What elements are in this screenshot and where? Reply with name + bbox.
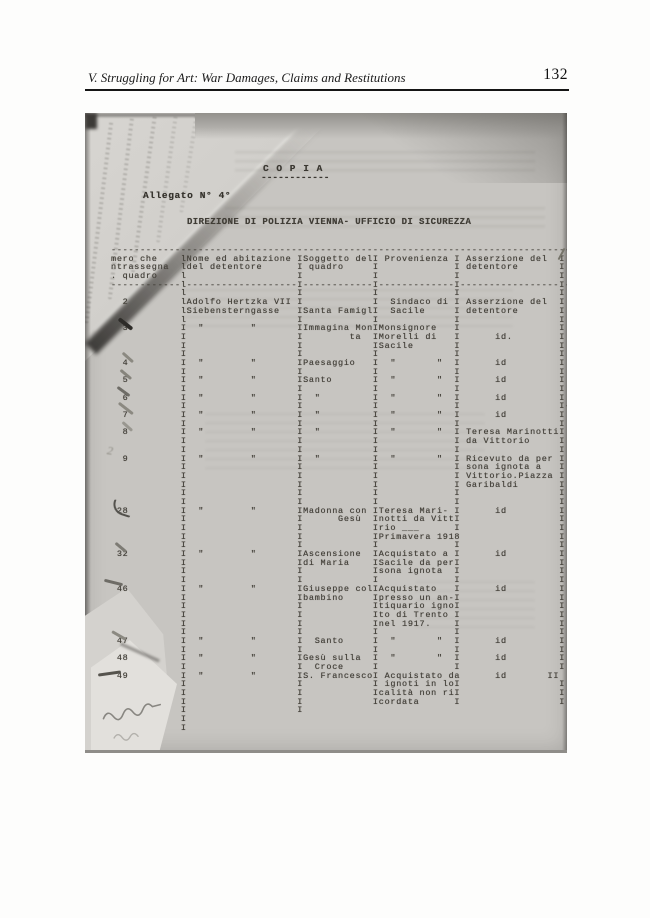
document-heading: DIREZIONE DI POLIZIA VIENNA- UFFICIO DI … <box>187 217 471 227</box>
torn-paper <box>85 588 222 753</box>
typed-line: mero che lNome ed abitazione ISoggetto d… <box>111 255 567 264</box>
typed-line: ----------------------------------------… <box>111 246 567 255</box>
typed-line: I Idi Maria ISacile da perI I <box>111 559 567 568</box>
typed-line: 49 I " " IS. FrancescoI Acquistato da id… <box>111 672 567 681</box>
fold-ghost-text <box>131 114 157 273</box>
scanned-document-photo: C O P I A ------------ Allegato N° 4° DI… <box>85 113 567 753</box>
typed-line: I I Isona ignota I I <box>111 567 567 576</box>
typed-line: I I ISacile I I <box>111 342 567 351</box>
typed-line: I I Icordata I I <box>111 698 567 707</box>
typed-table: ----------------------------------------… <box>111 246 567 733</box>
typed-line: I I I I Garibaldi I <box>111 481 567 490</box>
bleed-through-text <box>235 151 535 175</box>
typed-line: I I Gesù Inotti da VittI I <box>111 515 567 524</box>
typed-line: I I I I I <box>111 350 567 359</box>
pen-mark-row-49 <box>98 670 121 676</box>
typed-line: 4 I " " IPaesaggio I " " I id I <box>111 359 567 368</box>
header-rule <box>85 89 569 91</box>
typed-line: I I Irio ___ I I <box>111 524 567 533</box>
bleed-through-text <box>225 207 545 233</box>
typed-line: 32 I " " IAscensione IAcquistato a I id … <box>111 550 567 559</box>
fold-shadow <box>85 113 340 355</box>
typed-line: 7 I " " I " I " " I id I <box>111 411 567 420</box>
typed-line: I <box>111 724 567 733</box>
allegato-label: Allegato N° 4° <box>143 190 231 201</box>
typed-line: I I Inel 1917. I I <box>111 620 567 629</box>
photo-left-edge <box>85 113 91 750</box>
typed-line: 28 I " " IMadonna con ITeresa Mari- I id… <box>111 507 567 516</box>
typed-line: I I Icalità non riI I <box>111 689 567 698</box>
typed-line: I I Ito di Trento I I <box>111 611 567 620</box>
copia-title: C O P I A <box>263 163 323 174</box>
typed-line: lSiebensterngasse ISanta FamiglI Sacile … <box>111 307 567 316</box>
fold-crease <box>94 113 337 332</box>
typed-line: I I <box>111 706 567 715</box>
pen-mark-header <box>558 248 566 260</box>
fold-ghost-text <box>156 113 178 242</box>
photo-right-edge <box>562 113 567 750</box>
typed-line: 3 I " " IImmagina MonIMonsignore I I <box>111 324 567 333</box>
typed-line: I I I I da Vittorio I <box>111 437 567 446</box>
typed-line: I I I I Vittorio.Piazza I <box>111 472 567 481</box>
bleed-through-text <box>415 581 535 635</box>
pen-mark-row-4 <box>122 352 134 363</box>
typed-line: . quadro l I I I I <box>111 272 567 281</box>
book-page-number: 132 <box>543 66 568 84</box>
typed-line: I I I I I <box>111 541 567 550</box>
typed-line: I I ta IMorelli di I id. I <box>111 333 567 342</box>
typed-line: 9 I " " I " I " " I Ricevuto da per I <box>111 455 567 464</box>
typed-line: I I Croce I I I <box>111 663 567 672</box>
fold-ghost-text <box>179 113 199 212</box>
typed-line: 8 I " " I " I " " I Teresa MarinottiI <box>111 428 567 437</box>
fold-ghost-text <box>108 115 135 299</box>
pen-mark-row-6 <box>117 386 131 397</box>
photo-top-shade <box>195 113 567 139</box>
typed-line: I I I I I <box>111 576 567 585</box>
photo-corner-dark <box>85 113 97 129</box>
photo-topright-shade <box>337 113 567 183</box>
typed-line: I I I I I <box>111 385 567 394</box>
book-header-title: V. Struggling for Art: War Damages, Clai… <box>88 70 406 86</box>
typed-line: I I I I I- <box>111 402 567 411</box>
typed-line: 2 lAdolfo Hertzka VII I I Sindaco di I A… <box>111 298 567 307</box>
typed-line: I I I I I <box>111 368 567 377</box>
typed-line: I I I ignoti in loI I <box>111 680 567 689</box>
pen-mark-row-3 <box>118 317 134 331</box>
copia-underline: ------------ <box>261 172 329 183</box>
pen-mark-row-46 <box>104 579 123 587</box>
typed-line: l I I I I <box>111 316 567 325</box>
typed-line: ------------l-------------------I-------… <box>111 281 567 290</box>
typed-line: I I I I sona ignota a I <box>111 463 567 472</box>
typed-line: l I I I I <box>111 289 567 298</box>
typed-line: 5 I " " ISanto I " " I id I <box>111 376 567 385</box>
pen-mark-row-28 <box>110 499 133 518</box>
handwriting-scribble-small <box>113 730 144 742</box>
typed-line: 46 I " " IGiuseppe colIAcquistato I id I <box>111 585 567 594</box>
typed-line: I I I I I <box>111 628 567 637</box>
pen-mark-row-5 <box>120 369 132 380</box>
typed-line: I I Itiquario ignoI I <box>111 602 567 611</box>
pen-mark-row-8 <box>122 421 133 432</box>
torn-crease <box>120 643 160 663</box>
fold-ghost-text <box>85 120 113 324</box>
typed-line: ntrassegna ldel detentore I quadro I I d… <box>111 263 567 272</box>
typed-line: 6 I " " I " I " " I id I <box>111 394 567 403</box>
pen-mark-row-9: 2 <box>106 443 122 459</box>
photo-top-edge <box>85 113 567 117</box>
bleed-through-text <box>205 413 485 471</box>
typed-line: I I I I I <box>111 420 567 429</box>
typed-line: I <box>111 715 567 724</box>
typed-line: 48 I " " IGesù sulla I " " I id I <box>111 654 567 663</box>
typed-line: I Ibambino Ipresso un an-I I <box>111 594 567 603</box>
typed-line: I I I I I <box>111 498 567 507</box>
pen-mark-row-32 <box>115 542 127 553</box>
pen-mark-row-7 <box>118 402 134 415</box>
handwriting-scribble <box>100 701 165 725</box>
typed-line: I I IPrimavera 1918 I <box>111 533 567 542</box>
torn-paper-light <box>91 640 177 750</box>
pen-mark-row-47 <box>111 630 126 640</box>
folded-page-corner <box>85 113 337 361</box>
typed-line: I I I I I <box>111 446 567 455</box>
typed-line: I I I I I <box>111 489 567 498</box>
bleed-through-text <box>183 289 513 327</box>
typed-line: 47 I " " I Santo I " " I id I <box>111 637 567 646</box>
typed-line: I I I I I <box>111 646 567 655</box>
